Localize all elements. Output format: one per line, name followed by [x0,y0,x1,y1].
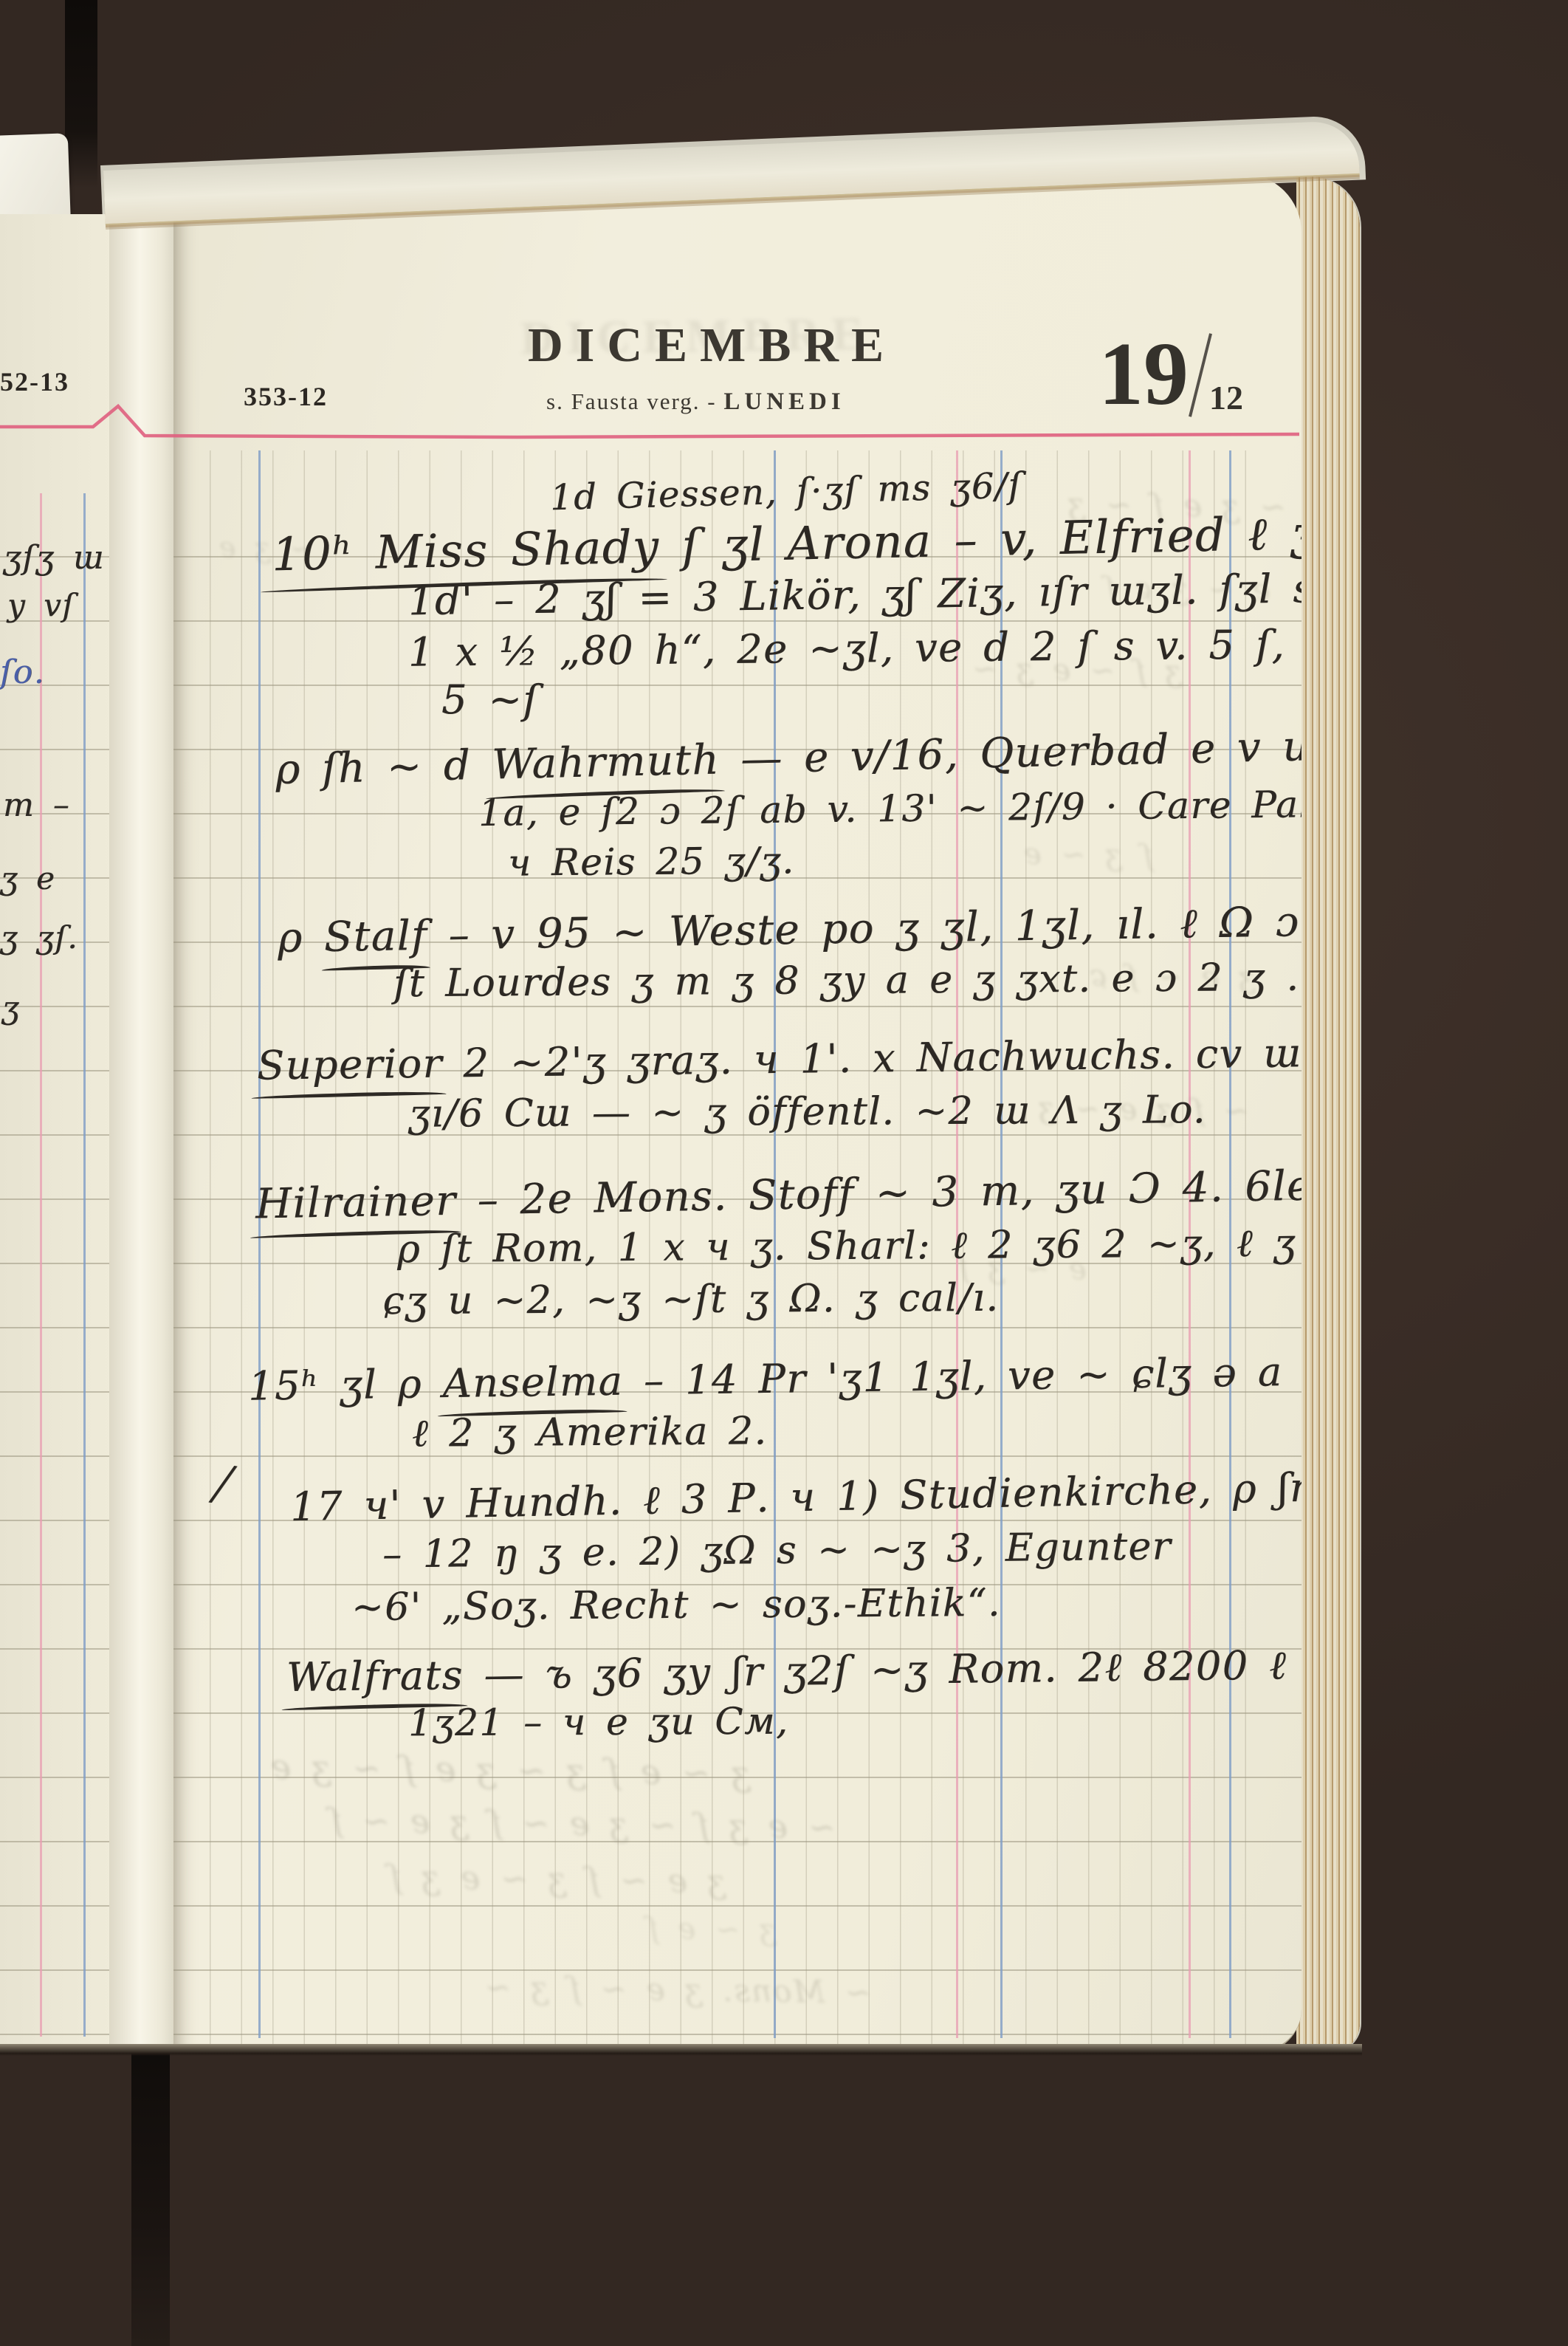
handwriting-line: 1ʒ21 – ч е ʒu Cм, [408,1700,789,1745]
ghost-writing: ʒ ~ е ſ ʒ ~ ʒ е ſ ~ ʒ е [269,1746,752,1793]
blue-ruling-line [258,450,261,2038]
spine-shadow-bottom [131,2038,170,2346]
handwriting-text: — e v/16, Querbad e v u ɕſt [719,721,1301,784]
handwriting-text: ~6' „Soʒ. Recht ~ soʒ.-Ethik“. [351,1581,1001,1630]
handwriting-text: 1d Giessen, ſ·ʒſ ms ʒ6/ſ [549,465,1022,519]
ghost-writing: ʒ е ~ ſ ʒ ~ е ʒ ſ [388,1859,726,1901]
handwriting-text: 2 ~2'ʒ ʒraʒ. ч 1'. x Nachwuchs. cv ɯ [442,1029,1301,1086]
handwriting-line: ℓ 2 ʒ Amerika 2. [412,1409,768,1455]
handwriting-text: 1 x ½ „80 h“, 2e ~ʒl, ve d 2 ſ s v. 5 ſ,… [408,620,1301,676]
handwriting-fragment: m – [3,786,70,824]
handwriting-line: 5 ~ſ [441,676,539,723]
book-gutter [109,213,177,2051]
handwriting-text: ℓ 2 ʒ Amerika 2. [412,1409,768,1455]
day-number-block: 19 12 [1098,329,1243,419]
left-page-code: 52-13 [0,366,69,397]
handwriting-text: 1ʒ21 – ч е ʒu Cм, [408,1700,789,1745]
handwriting-text: ч Reis 25 ʒ/ʒ. [508,839,795,884]
handwriting-underlined-word: Hilrainer [255,1177,457,1229]
book-bottom-shadow [0,2044,1362,2056]
page-code: 353-12 [244,381,328,412]
handwriting-text: ʒı/6 Cɯ — ~ ʒ öffentl. ~2 ɯ Λ ʒ Lo. [408,1088,1206,1136]
handwriting-underlined-word: Wahrmuth [492,735,721,789]
handwriting-fragment: y vſ [7,587,75,623]
handwriting-text: 5 ~ſ [441,676,539,723]
handwriting-line: 17 ч' v Hundh. ℓ 3 Ρ. ч 1) Studienkirche… [290,1464,1301,1531]
handwriting-text: ╱ [210,1463,236,1506]
handwriting-line: ɕʒ u ~2, ~ʒ ~ſt ʒ Ω. ʒ cal/ı. [382,1276,1000,1323]
handwriting-text: – v 95 ~ Weste ро ʒ ʒl, 1ʒl, ıl. ℓ Ω ɔ ı… [427,896,1301,960]
handwriting-line: ſt Lourdes ʒ m ʒ 8 ʒy a e ʒ ʒxt. e ɔ 2 ʒ… [393,956,1301,1006]
handwriting-underlined-word: Superior [257,1040,443,1089]
scanned-diary-photo: 52-13 ʒſʒ ɯy vſſо.m –ʒ еʒ ʒſ.ʒ DICEMBRE~… [0,0,1568,2346]
handwriting-line: Walfrats — ъ ʒ6 ʒy ʃr ʒ2ſ ~ʒ Rom. 2ℓ 820… [286,1639,1301,1701]
handwriting-line: Superior 2 ~2'ʒ ʒraʒ. ч 1'. x Nachwuchs.… [257,1029,1301,1088]
handwriting-text: 15ʰ ʒl ρ [248,1360,443,1410]
handwriting-line: ╱ [210,1463,236,1506]
diary-page: DICEMBRE~ ʒ е ſ ~ ʒе ~ ʒ ɕ ſʒ ſ ~ е ʒ ~~… [173,174,1301,2054]
separator: - [707,388,716,414]
handwriting-text: ſt Lourdes ʒ m ʒ 8 ʒy a e ʒ ʒxt. e ɔ 2 ʒ… [393,956,1301,1006]
handwriting-fragment: ſо. [0,654,45,691]
month-title: DICEMBRE [528,318,896,374]
handwriting-text: – 12 ŋ ʒ е. 2) ʒΩ s ~ ~ʒ 3, Egunter [382,1524,1172,1577]
handwriting-text: ρ ſt Rom, 1 x ч ʒ. Sharl: ℓ 2 ʒ6 2 ~ʒ, ℓ… [397,1221,1296,1272]
handwriting-underlined-word: Stalf [323,912,427,961]
handwriting-line: 1d Giessen, ſ·ʒſ ms ʒ6/ſ [549,465,1022,519]
ghost-writing: ~ Mons. ʒ е ~ ſ ʒ ~ [484,1969,872,2010]
handwriting-line: ρ Stalf – v 95 ~ Weste ро ʒ ʒl, 1ʒl, ıl.… [278,896,1301,962]
month-number: 12 [1209,378,1243,417]
left-page-ruling [0,493,112,2047]
handwriting-text: 17 ч' v Hundh. ℓ 3 Ρ. ч 1) Studienkirche… [290,1464,1301,1531]
handwriting-line: 15ʰ ʒl ρ Anselma – 14 Ρr 'ʒ1 1ʒl, ve ~ ɕ… [248,1348,1283,1410]
handwriting-underlined-word: 10ʰ Miss Shady [271,519,660,581]
handwriting-text: — ъ ʒ6 ʒy ʃr ʒ2ſ ~ʒ Rom. 2ℓ 8200 ℓ s Sch… [463,1639,1301,1698]
ghost-writing: ſ ʒ ~ е [1022,837,1153,873]
spine-shadow-top [65,0,97,188]
handwriting-line: ч Reis 25 ʒ/ʒ. [508,839,795,884]
handwriting-text: – 14 Ρr 'ʒ1 1ʒl, ve ~ ɕlʒ ə a [623,1348,1283,1404]
handwriting-line: ʒı/6 Cɯ — ~ ʒ öffentl. ~2 ɯ Λ ʒ Lo. [408,1088,1206,1136]
handwriting-text: ſ ʒl Arona – v, Elfried ℓ ʒ ʒl – [659,504,1301,574]
saint-day-label: s. Fausta verg. [546,388,701,414]
handwriting-underlined-word: Anselma [442,1358,623,1407]
left-pink-margin-line [40,493,42,2037]
handwriting-line: Hilrainer – 2e Mons. Stoff ~ 3 m, ʒu Ɔ 4… [255,1162,1301,1229]
handwriting-text: ɕʒ u ~2, ~ʒ ~ſt ʒ Ω. ʒ cal/ı. [382,1276,1000,1323]
left-page-edge: 52-13 ʒſʒ ɯy vſſо.m –ʒ еʒ ʒſ.ʒ [0,214,112,2049]
handwriting-fragment: ʒ е [0,860,55,896]
handwriting-fragment: ʒ ʒſ. [0,919,78,956]
handwriting-line: ρ ſh ~ d Wahrmuth — e v/16, Querbad e v … [275,721,1301,794]
handwriting-fragment: ʒ [1,989,20,1026]
ghost-writing: ʒ ~ е ſ [646,1912,777,1947]
handwriting-line: ρ ſt Rom, 1 x ч ʒ. Sharl: ℓ 2 ʒ6 2 ~ʒ, ℓ… [397,1221,1296,1272]
ghost-writing: ~ е ʒ ſ ~ ʒ е ~ ſ ʒ е ~ ſ [329,1802,836,1847]
handwriting-text: ρ [278,913,325,962]
handwriting-text: ρ ſh ~ d [275,741,492,794]
handwriting-line: ~6' „Soʒ. Recht ~ soʒ.-Ethik“. [351,1581,1001,1630]
handwriting-line: 1 x ½ „80 h“, 2e ~ʒl, ve d 2 ſ s v. 5 ſ,… [408,620,1301,676]
left-blue-margin-line [83,493,86,2037]
day-number: 19 [1098,329,1189,419]
handwriting-line: 1a, e ſ2 ɔ 2ſ ab v. 13' ~ 2ſ/9 · Care Pa… [478,783,1301,834]
handwriting-text: – 2e Mons. Stoff ~ 3 m, ʒu Ɔ 4. 6le [456,1162,1301,1225]
weekday-label: LUNEDI [723,388,845,415]
handwriting-line: – 12 ŋ ʒ е. 2) ʒΩ s ~ ~ʒ 3, Egunter [382,1524,1172,1577]
saint-and-weekday-line: s. Fausta verg. - LUNEDI [546,388,845,416]
handwriting-underlined-word: Walfrats [286,1652,464,1701]
handwriting-text: 1a, e ſ2 ɔ 2ſ ab v. 13' ~ 2ſ/9 · Care Pa… [478,783,1301,834]
handwriting-fragment: ʒſʒ ɯ [3,539,105,577]
page-stack-right-edge [1296,176,1360,2053]
